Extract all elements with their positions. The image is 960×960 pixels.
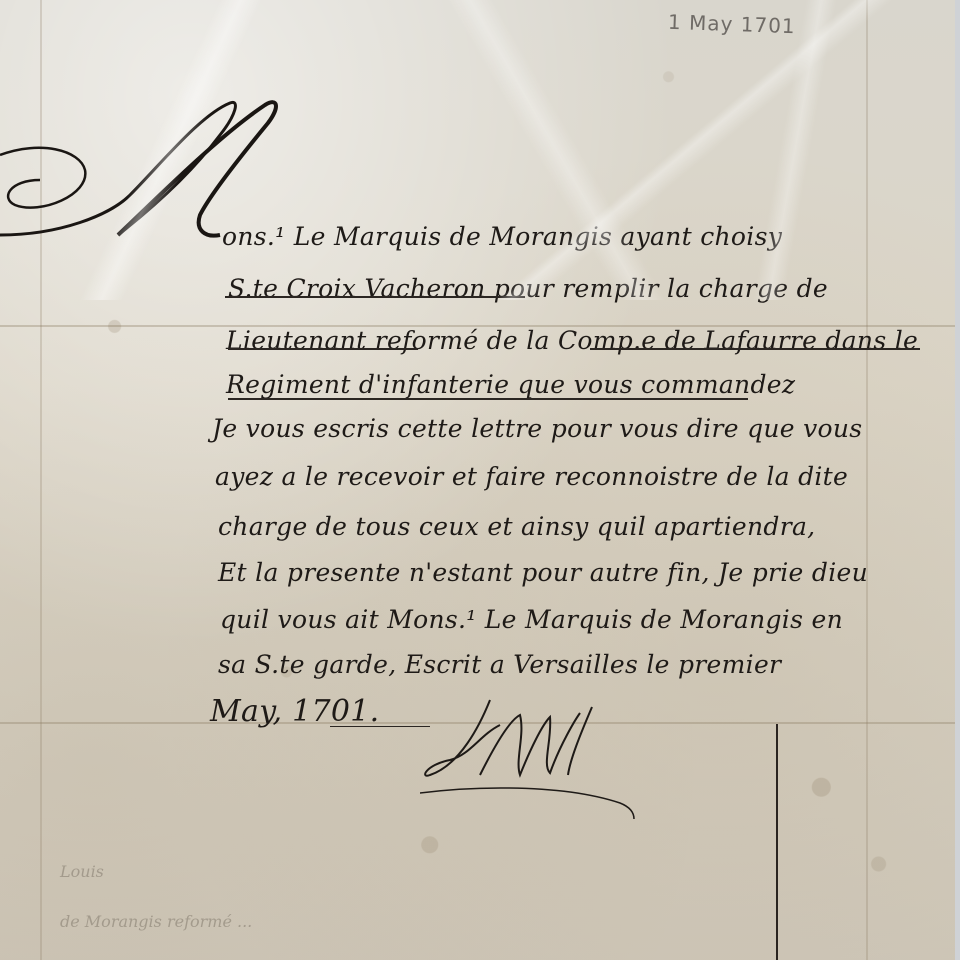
letter-line-10: sa S.te garde, Escrit a Versailles le pr…: [218, 650, 781, 679]
letter-line-3: Lieutenant reformé de la Comp.e de Lafau…: [226, 326, 918, 355]
letter-line-1: ons.¹ Le Marquis de Morangis ayant chois…: [222, 222, 782, 251]
bleedthrough-text-2: de Morangis reformé ...: [60, 912, 252, 931]
underline: [228, 398, 748, 400]
letter-line-7: charge de tous ceux et ainsy quil aparti…: [218, 512, 815, 541]
bleedthrough-text-1: Louis: [60, 862, 104, 881]
underline: [590, 348, 920, 350]
document-paper: 1 May 1701 ons.¹ Le Marquis de Morangis …: [0, 0, 955, 960]
fold-line-vertical-right: [866, 0, 868, 960]
underline: [225, 296, 525, 298]
underline: [330, 726, 430, 727]
letter-line-2: S.te Croix Vacheron pour remplir la char…: [228, 274, 828, 303]
letter-line-9: quil vous ait Mons.¹ Le Marquis de Moran…: [220, 605, 843, 634]
letter-date-line: May, 1701.: [210, 694, 380, 729]
royal-signature: Louis: [420, 695, 640, 825]
letter-line-8: Et la presente n'estant pour autre fin, …: [218, 558, 868, 587]
underline: [228, 348, 418, 350]
letter-line-4: Regiment d'infanterie que vous commandez: [226, 370, 795, 399]
archive-date-mark: 1 May 1701: [668, 10, 796, 38]
letter-line-5: Je vous escris cette lettre pour vous di…: [212, 414, 862, 443]
letter-line-6: ayez a le recevoir et faire reconnoistre…: [215, 462, 848, 491]
margin-rule-line: [776, 724, 778, 960]
